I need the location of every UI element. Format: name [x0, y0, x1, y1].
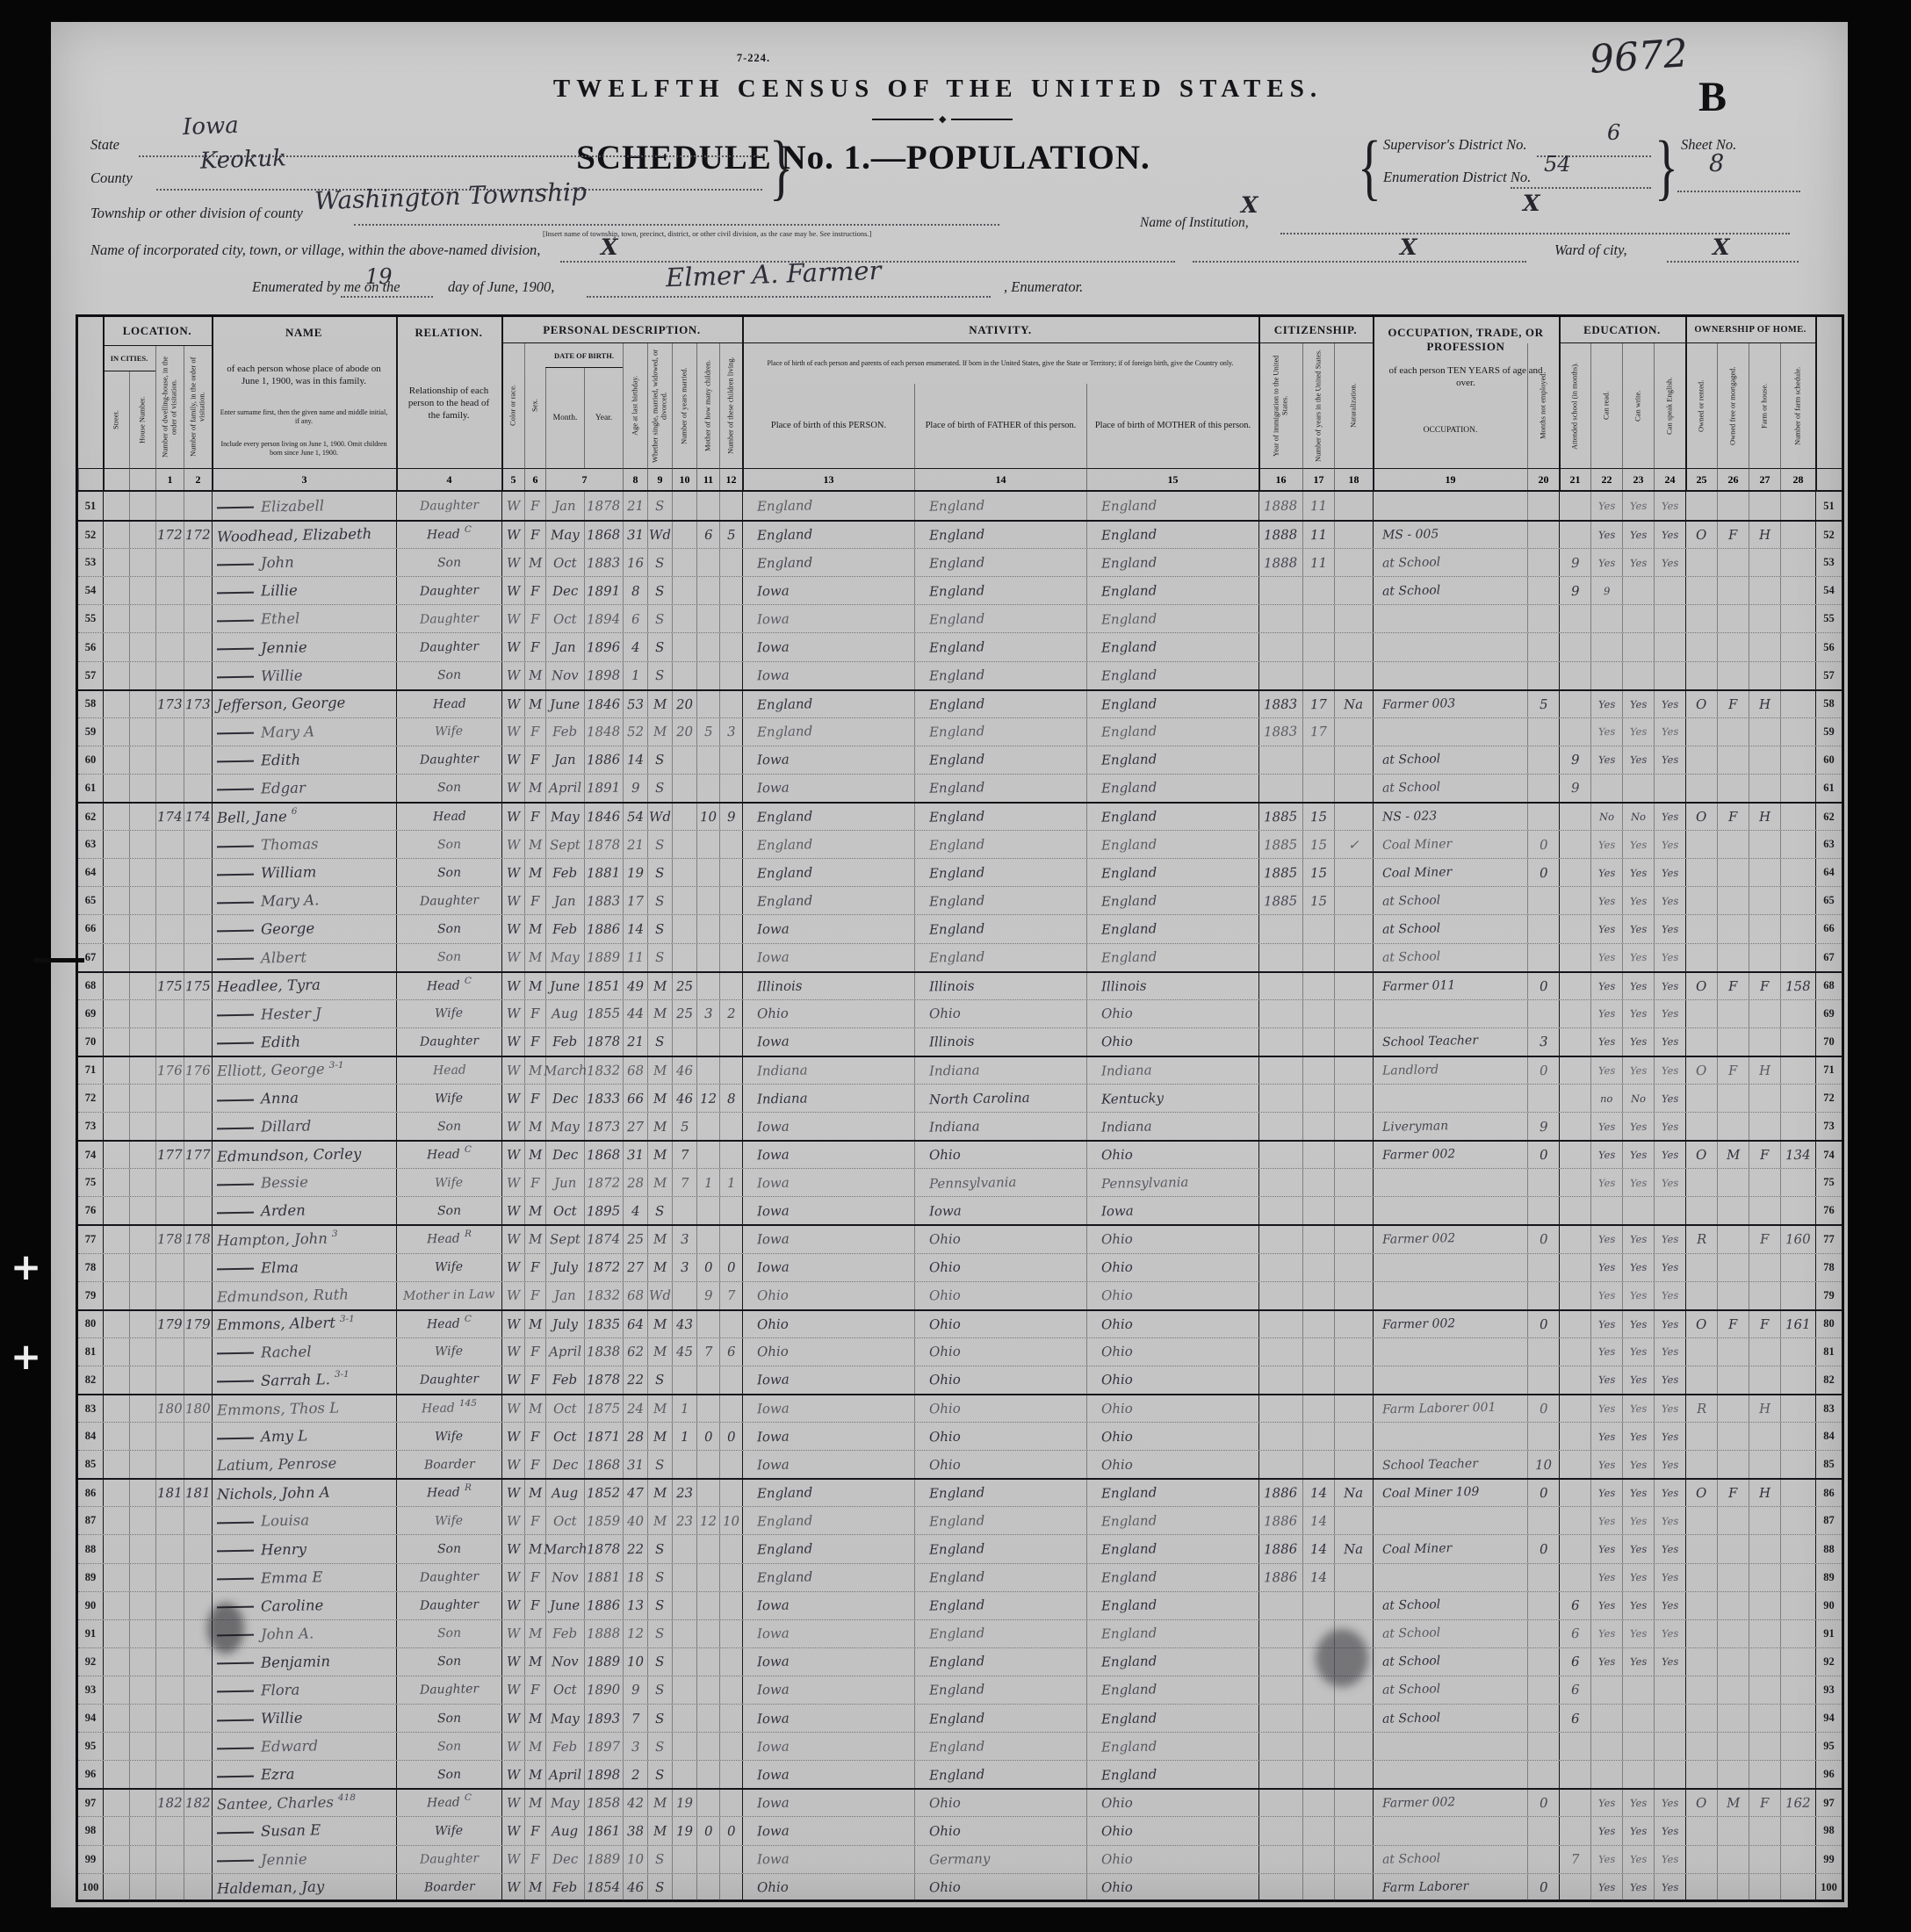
- cell-bp: England: [742, 1480, 914, 1506]
- cell-en: Yes: [1654, 1395, 1685, 1422]
- cell-yu: [1302, 1846, 1334, 1873]
- cell-wr: Yes: [1622, 1535, 1654, 1562]
- cell-yr: 1868: [584, 1142, 623, 1168]
- ditto-mark: [217, 1127, 254, 1129]
- cell-mo: Jan: [545, 746, 584, 774]
- cell-rel: Wife: [396, 1817, 501, 1844]
- cell-fs: [1780, 577, 1815, 604]
- cell-yr: 1858: [584, 1790, 623, 1816]
- farm-schedule-column-label: Number of farm schedule.: [1780, 343, 1815, 468]
- cell-hn: [129, 1564, 155, 1591]
- cell-rd: No: [1590, 804, 1622, 830]
- city-line-2: [1193, 261, 1526, 263]
- cell-hn: [129, 887, 155, 914]
- cell-iy: [1258, 1790, 1302, 1816]
- census-row: 85Latium, PenroseBoarderWFDec186831SIowa…: [78, 1450, 1842, 1478]
- cell-rd: Yes: [1590, 1000, 1622, 1027]
- column-number: 13: [742, 468, 914, 490]
- cell-fb: Ohio: [914, 1366, 1086, 1394]
- cell-fs: 161: [1780, 1311, 1815, 1337]
- relation-note: Relationship of each person to the head …: [396, 375, 501, 433]
- cell-dw: [155, 1507, 184, 1534]
- cell-fb: Ohio: [914, 1451, 1086, 1478]
- cell-mb: England: [1086, 1480, 1258, 1506]
- cell-ym: 1: [672, 1395, 696, 1422]
- cell-en: Yes: [1654, 1169, 1685, 1196]
- cell-fb: Ohio: [914, 1817, 1086, 1844]
- cell-fh: H: [1749, 522, 1780, 548]
- cell-fm: [184, 549, 212, 576]
- cell-st: [103, 691, 129, 717]
- cell-yu: [1302, 605, 1334, 632]
- cell-rn: 68: [1815, 973, 1842, 999]
- cell-fh: [1749, 1169, 1780, 1196]
- cell-bp: England: [742, 522, 914, 548]
- cell-nm: Edward: [212, 1733, 396, 1760]
- cell-s: F: [524, 1028, 545, 1056]
- cell-bp: England: [742, 831, 914, 858]
- cell-c: W: [501, 605, 524, 632]
- township-value: Washington Township: [314, 177, 588, 216]
- cell-mu: [1527, 775, 1559, 802]
- cell-fm: [184, 492, 212, 520]
- cell-ln: 76: [78, 1197, 103, 1224]
- census-title: TWELFTH CENSUS OF THE UNITED STATES.: [543, 75, 1333, 104]
- cell-sc: [1559, 1311, 1590, 1337]
- cell-ms: S: [647, 492, 672, 520]
- cell-cl: 2: [719, 1000, 742, 1027]
- cell-s: M: [524, 775, 545, 802]
- cell-fm: [184, 1338, 212, 1366]
- cell-ms: S: [647, 577, 672, 604]
- cell-mb: Ohio: [1086, 1142, 1258, 1168]
- cell-cl: [719, 1535, 742, 1562]
- cell-c: W: [501, 1423, 524, 1450]
- cell-mc: [696, 633, 719, 660]
- cell-hn: [129, 775, 155, 802]
- cell-rel: Son: [396, 944, 501, 971]
- cell-fb: England: [914, 944, 1086, 971]
- cell-yu: [1302, 1197, 1334, 1224]
- cell-en: Yes: [1654, 1423, 1685, 1450]
- cell-hn: [129, 1113, 155, 1140]
- cell-ln: 86: [78, 1480, 103, 1506]
- cell-nm: Hampton, John3: [212, 1226, 396, 1252]
- cell-ag: 16: [623, 549, 647, 576]
- cell-ln: 60: [78, 746, 103, 774]
- cell-fb: England: [914, 859, 1086, 886]
- cell-nm: Louisa: [212, 1507, 396, 1534]
- cell-s: F: [524, 577, 545, 604]
- cell-iy: [1258, 1874, 1302, 1901]
- cell-bp: Ohio: [742, 1338, 914, 1366]
- cell-mo: Nov: [545, 1648, 584, 1676]
- cell-cl: 6: [719, 1338, 742, 1366]
- cell-mc: 12: [696, 1085, 719, 1112]
- cell-ln: 63: [78, 831, 103, 858]
- cell-ow: [1685, 1676, 1717, 1704]
- cell-wr: Yes: [1622, 1874, 1654, 1901]
- cell-sc: 6: [1559, 1676, 1590, 1704]
- cell-ym: [672, 746, 696, 774]
- cell-mb: England: [1086, 915, 1258, 942]
- cell-fh: F: [1749, 1142, 1780, 1168]
- district-brace-close: }: [1655, 126, 1678, 210]
- township-label: Township or other division of county: [90, 205, 303, 222]
- cell-hn: [129, 662, 155, 689]
- cell-ym: [672, 1846, 696, 1873]
- cell-fr: [1717, 662, 1749, 689]
- cell-fh: [1749, 492, 1780, 520]
- cell-dw: [155, 662, 184, 689]
- cell-bp: Ohio: [742, 1282, 914, 1309]
- cell-nm: Elma: [212, 1254, 396, 1281]
- cell-st: [103, 831, 129, 858]
- cell-yr: 1878: [584, 492, 623, 520]
- census-row: 86181181Nichols, John AHeadRWMAug185247M…: [78, 1478, 1842, 1506]
- column-number: 20: [1527, 468, 1559, 490]
- cell-fb: Ohio: [914, 1282, 1086, 1309]
- cell-oc: Farm Laborer 001: [1373, 1395, 1527, 1422]
- cell-oc: Landlord: [1373, 1057, 1527, 1084]
- date-of-birth-label: DATE OF BIRTH.: [545, 343, 623, 368]
- cell-nm: Edith: [212, 1028, 396, 1056]
- cell-dw: [155, 1733, 184, 1760]
- cell-wr: Yes: [1622, 1169, 1654, 1196]
- cell-st: [103, 887, 129, 914]
- column-number: 19: [1373, 468, 1527, 490]
- cell-fh: [1749, 746, 1780, 774]
- column-number: 16: [1258, 468, 1302, 490]
- cell-ln: 100: [78, 1874, 103, 1901]
- column-number: 4: [396, 468, 501, 490]
- cell-c: W: [501, 1028, 524, 1056]
- cell-ow: O: [1685, 691, 1717, 717]
- cell-rd: [1590, 775, 1622, 802]
- cell-ms: M: [647, 1000, 672, 1027]
- cell-mc: [696, 1028, 719, 1056]
- cell-s: F: [524, 492, 545, 520]
- cell-mb: England: [1086, 746, 1258, 774]
- cell-ow: O: [1685, 522, 1717, 548]
- cell-c: W: [501, 1254, 524, 1281]
- cell-rn: 52: [1815, 522, 1842, 548]
- census-row: 66GeorgeSonWMFeb188614SIowaEnglandEnglan…: [78, 914, 1842, 942]
- cell-mb: England: [1086, 1705, 1258, 1732]
- cell-mu: [1527, 1366, 1559, 1394]
- cell-st: [103, 1761, 129, 1788]
- cell-ms: S: [647, 1564, 672, 1591]
- cell-dw: [155, 1423, 184, 1450]
- census-row: 94WillieSonWMMay18937SIowaEnglandEngland…: [78, 1704, 1842, 1732]
- cell-ag: 68: [623, 1057, 647, 1084]
- cell-dw: [155, 1761, 184, 1788]
- ditto-mark: [217, 1662, 254, 1665]
- cell-oc: Coal Miner: [1373, 831, 1527, 858]
- population-schedule-table: LOCATION.IN CITIES.Street.House Number.N…: [76, 314, 1844, 1902]
- cell-iy: [1258, 1366, 1302, 1394]
- cell-ow: [1685, 1338, 1717, 1366]
- cell-fr: [1717, 1028, 1749, 1056]
- cell-rel: Daughter: [396, 605, 501, 632]
- cell-yu: [1302, 1366, 1334, 1394]
- cell-wr: Yes: [1622, 1338, 1654, 1366]
- cell-ow: O: [1685, 1142, 1717, 1168]
- cell-na: [1334, 1142, 1373, 1168]
- margin-plus-icon: +: [11, 1245, 41, 1288]
- cell-ag: 4: [623, 1197, 647, 1224]
- cell-bp: England: [742, 859, 914, 886]
- cell-wr: Yes: [1622, 1282, 1654, 1309]
- cell-ym: [672, 1592, 696, 1619]
- cell-yu: 14: [1302, 1564, 1334, 1591]
- cell-nm: Bessie: [212, 1169, 396, 1196]
- cell-ym: [672, 831, 696, 858]
- cell-iy: [1258, 1282, 1302, 1309]
- column-number: 27: [1749, 468, 1780, 490]
- cell-mb: England: [1086, 633, 1258, 660]
- cell-en: Yes: [1654, 1338, 1685, 1366]
- cell-fh: F: [1749, 1790, 1780, 1816]
- cell-fr: [1717, 1507, 1749, 1534]
- cell-sc: [1559, 1874, 1590, 1901]
- state-value: Iowa: [182, 112, 239, 141]
- cell-c: W: [501, 1142, 524, 1168]
- cell-rel: Son: [396, 1113, 501, 1140]
- cell-fs: [1780, 1480, 1815, 1506]
- cell-cl: [719, 1874, 742, 1901]
- cell-cl: [719, 1226, 742, 1252]
- cell-ms: S: [647, 605, 672, 632]
- cell-fs: [1780, 1169, 1815, 1196]
- education-group-title: EDUCATION.: [1559, 317, 1685, 343]
- cell-rn: 77: [1815, 1226, 1842, 1252]
- cell-rd: Yes: [1590, 1142, 1622, 1168]
- cell-en: Yes: [1654, 1000, 1685, 1027]
- cell-c: W: [501, 1282, 524, 1309]
- cell-iy: [1258, 1169, 1302, 1196]
- cell-yu: [1302, 1790, 1334, 1816]
- cell-fs: [1780, 1282, 1815, 1309]
- cell-st: [103, 1085, 129, 1112]
- cell-rd: Yes: [1590, 1564, 1622, 1591]
- cell-en: Yes: [1654, 1620, 1685, 1647]
- cell-nm: Albert: [212, 944, 396, 971]
- schedule-title: SCHEDULE No. 1.—POPULATION.: [481, 138, 1245, 177]
- cell-ln: 55: [78, 605, 103, 632]
- cell-bp: Iowa: [742, 1169, 914, 1196]
- cell-ow: R: [1685, 1226, 1717, 1252]
- cell-en: Yes: [1654, 887, 1685, 914]
- cell-c: W: [501, 577, 524, 604]
- cell-iy: [1258, 1705, 1302, 1732]
- cell-iy: 1886: [1258, 1564, 1302, 1591]
- cell-ym: [672, 944, 696, 971]
- cell-st: [103, 1874, 129, 1901]
- cell-c: W: [501, 1057, 524, 1084]
- cell-ln: 68: [78, 973, 103, 999]
- cell-mb: Ohio: [1086, 1790, 1258, 1816]
- cell-rd: Yes: [1590, 831, 1622, 858]
- cell-oc: at School: [1373, 887, 1527, 914]
- cell-ag: 9: [623, 775, 647, 802]
- cell-fm: [184, 1648, 212, 1676]
- cell-ms: Wd: [647, 522, 672, 548]
- cell-yr: 1872: [584, 1254, 623, 1281]
- cell-bp: Iowa: [742, 633, 914, 660]
- cell-ym: [672, 1620, 696, 1647]
- cell-sc: [1559, 1507, 1590, 1534]
- cell-hn: [129, 1000, 155, 1027]
- cell-ag: 31: [623, 1142, 647, 1168]
- cell-iy: [1258, 1226, 1302, 1252]
- cell-mc: [696, 1395, 719, 1422]
- cell-fr: [1717, 1085, 1749, 1112]
- cell-fb: England: [914, 1592, 1086, 1619]
- census-row: 90CarolineDaughterWFJune188613SIowaEngla…: [78, 1591, 1842, 1619]
- cell-c: W: [501, 831, 524, 858]
- cell-c: W: [501, 1085, 524, 1112]
- cell-ln: 82: [78, 1366, 103, 1394]
- cell-mb: Ohio: [1086, 1846, 1258, 1873]
- cell-rel: Son: [396, 1733, 501, 1760]
- ditto-mark: [217, 1578, 254, 1581]
- cell-na: [1334, 1338, 1373, 1366]
- cell-c: W: [501, 1226, 524, 1252]
- birthplace-father-label: Place of birth of FATHER of this person.: [914, 384, 1086, 468]
- cell-ln: 97: [78, 1790, 103, 1816]
- cell-nm: George: [212, 915, 396, 942]
- cell-fr: [1717, 1535, 1749, 1562]
- cell-ms: Wd: [647, 1282, 672, 1309]
- cell-fr: [1717, 1282, 1749, 1309]
- cell-iy: [1258, 1817, 1302, 1844]
- cell-mu: [1527, 1676, 1559, 1704]
- cell-oc: Farmer 003: [1373, 691, 1527, 717]
- cell-nm: Willie: [212, 662, 396, 689]
- cell-fr: [1717, 859, 1749, 886]
- cell-mc: [696, 1113, 719, 1140]
- cell-fs: [1780, 1113, 1815, 1140]
- cell-ms: M: [647, 1817, 672, 1844]
- enumerated-day: 19: [365, 264, 393, 289]
- cell-rn: 71: [1815, 1057, 1842, 1084]
- cell-mo: June: [545, 691, 584, 717]
- cell-mu: 3: [1527, 1028, 1559, 1056]
- cell-nm: Henry: [212, 1535, 396, 1562]
- cell-s: F: [524, 1676, 545, 1704]
- cell-ym: [672, 1535, 696, 1562]
- cell-fs: 134: [1780, 1142, 1815, 1168]
- cell-wr: Yes: [1622, 1311, 1654, 1337]
- cell-ms: M: [647, 1057, 672, 1084]
- census-row: 52172172Woodhead, ElizabethHeadCWFMay186…: [78, 520, 1842, 548]
- cell-ag: 13: [623, 1592, 647, 1619]
- cell-fh: [1749, 633, 1780, 660]
- cell-rd: Yes: [1590, 1790, 1622, 1816]
- cell-ms: S: [647, 1535, 672, 1562]
- cell-yu: [1302, 1085, 1334, 1112]
- cell-sc: 9: [1559, 577, 1590, 604]
- cell-nm: Jennie: [212, 633, 396, 660]
- township-note: [Insert name of township, town, precinct…: [543, 229, 871, 238]
- cell-rn: 80: [1815, 1311, 1842, 1337]
- attended-school-column-label: Attended school (in months).: [1559, 343, 1590, 468]
- cell-nm: Mary A: [212, 718, 396, 746]
- cell-st: [103, 804, 129, 830]
- cell-ow: [1685, 1761, 1717, 1788]
- cell-fb: England: [914, 691, 1086, 717]
- cell-fs: [1780, 1057, 1815, 1084]
- cell-c: W: [501, 1846, 524, 1873]
- ditto-mark: [217, 620, 254, 623]
- cell-iy: 1888: [1258, 522, 1302, 548]
- cell-mc: [696, 577, 719, 604]
- cell-mc: 12: [696, 1507, 719, 1534]
- enumeration-x-mark: X: [1523, 191, 1540, 216]
- cell-mo: Aug: [545, 1817, 584, 1844]
- cell-iy: [1258, 662, 1302, 689]
- cell-rn: 59: [1815, 718, 1842, 746]
- cell-fs: [1780, 1085, 1815, 1112]
- cell-iy: 1886: [1258, 1535, 1302, 1562]
- cell-dw: [155, 1564, 184, 1591]
- cell-dw: [155, 746, 184, 774]
- cell-mu: [1527, 633, 1559, 660]
- cell-ag: 4: [623, 633, 647, 660]
- cell-st: [103, 633, 129, 660]
- cell-cl: [719, 633, 742, 660]
- cell-c: W: [501, 1197, 524, 1224]
- cell-cl: [719, 1790, 742, 1816]
- column-number: 7: [545, 468, 623, 490]
- cell-fh: [1749, 605, 1780, 632]
- ditto-mark: [217, 591, 254, 594]
- cell-yr: 1888: [584, 1620, 623, 1647]
- cell-mc: [696, 1564, 719, 1591]
- cell-ms: M: [647, 1226, 672, 1252]
- cell-fb: Ohio: [914, 1311, 1086, 1337]
- cell-oc: at School: [1373, 549, 1527, 576]
- cell-yr: 1886: [584, 1592, 623, 1619]
- cell-bp: Iowa: [742, 1761, 914, 1788]
- cell-fb: England: [914, 1620, 1086, 1647]
- column-divider: [1815, 317, 1817, 490]
- cell-ag: 3: [623, 1733, 647, 1760]
- cell-ow: [1685, 1817, 1717, 1844]
- cell-fb: Germany: [914, 1846, 1086, 1873]
- cell-mb: Indiana: [1086, 1057, 1258, 1084]
- cell-c: W: [501, 1113, 524, 1140]
- cell-cl: [719, 887, 742, 914]
- cell-bp: Iowa: [742, 1395, 914, 1422]
- cell-mu: [1527, 662, 1559, 689]
- cell-cl: [719, 1057, 742, 1084]
- cell-mo: Sept: [545, 1226, 584, 1252]
- cell-ms: S: [647, 1874, 672, 1901]
- cell-hn: [129, 1480, 155, 1506]
- cell-rel: Wife: [396, 1085, 501, 1112]
- can-read-column-label: Can read.: [1590, 343, 1622, 468]
- cell-cl: [719, 1197, 742, 1224]
- cell-sc: [1559, 1085, 1590, 1112]
- cell-rd: Yes: [1590, 746, 1622, 774]
- cell-ms: M: [647, 1507, 672, 1534]
- cell-ln: 65: [78, 887, 103, 914]
- cell-nm: Thomas: [212, 831, 396, 858]
- title-ornament-icon: ◆: [872, 113, 1013, 125]
- cell-ln: 80: [78, 1311, 103, 1337]
